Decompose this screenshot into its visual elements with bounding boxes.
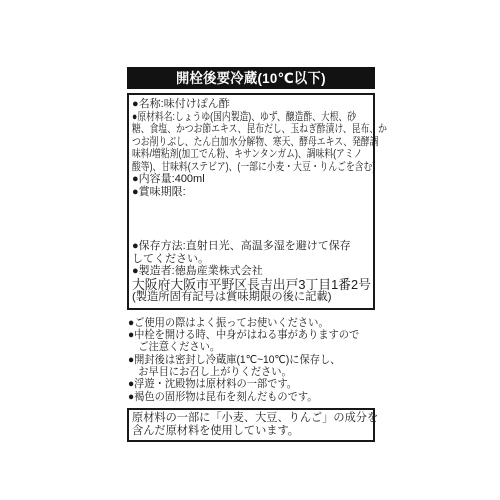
expiry-line: ●賞味期限:	[132, 186, 371, 199]
usage-note-line: ●開封後は密封し冷蔵庫(1℃~10℃)に保存し、	[128, 354, 358, 366]
usage-note-line: ご注意ください。	[128, 341, 358, 353]
product-name-line: ●名称:味付けぽん酢	[132, 98, 371, 111]
usage-notes: ●ご使用の際はよく振ってお使いください。●中栓を開ける時、中身がはねる事がありま…	[128, 317, 375, 404]
ingredients-line: つお削りぶし、たん白加水分解物、寒天、酵母エキス、発酵調	[132, 136, 323, 149]
allergen-line: 原材料の一部に「小麦、大豆、りんご」の成分を	[132, 412, 370, 425]
refrigeration-warning-banner: 開栓後要冷蔵(10℃以下)	[127, 67, 375, 89]
usage-note-line: お早目にお召し上がりください。	[128, 366, 358, 378]
storage-line: ●保存方法:直射日光、高温多湿を避けて保存	[132, 240, 371, 253]
ingredients-line: 味料/増粘剤(加工でん粉、キサンタンガム)、調味料(アミノ	[132, 148, 323, 161]
expiry-blank-space	[132, 198, 371, 240]
usage-note-line: ●褐色の固形物は昆布を刻んだものです。	[128, 391, 358, 403]
plant-code-note-line: (製造所固有記号は賞味期限の後に記載)	[132, 291, 371, 304]
storage-line: してください。	[132, 253, 371, 266]
usage-note-line: ●浮遊・沈殿物は原材料の一部です。	[128, 378, 358, 390]
storage-lines: ●保存方法:直射日光、高温多湿を避けて保存してください。	[132, 240, 371, 265]
usage-note-line: ●中栓を開ける時、中身がはねる事がありますので	[128, 329, 358, 341]
allergen-box: 原材料の一部に「小麦、大豆、りんご」の成分を含んだ原材料を使用しています。	[127, 408, 375, 442]
ingredients-line: 酸等)、甘味料(ステビア)、(一部に小麦・大豆・りんごを含む)	[132, 161, 323, 174]
ingredients-line: 糖、食塩、かつお節エキス、昆布だし、玉ねぎ酢漬け、昆布、か	[132, 123, 323, 136]
ingredients-lines: ●原材料名:しょうゆ(国内製造)、ゆず、醸造酢、大根、砂糖、食塩、かつお節エキス…	[132, 111, 371, 174]
usage-note-line: ●ご使用の際はよく振ってお使いください。	[128, 317, 358, 329]
maker-address-line: 大阪府大阪市平野区長吉出戸3丁目1番2号	[132, 278, 371, 292]
maker-line: ●製造者:徳島産業株式会社	[132, 265, 371, 278]
ingredients-line: ●原材料名:しょうゆ(国内製造)、ゆず、醸造酢、大根、砂	[132, 111, 323, 124]
product-info-box: ●名称:味付けぽん酢 ●原材料名:しょうゆ(国内製造)、ゆず、醸造酢、大根、砂糖…	[127, 93, 375, 310]
product-label: 開栓後要冷蔵(10℃以下) ●名称:味付けぽん酢 ●原材料名:しょうゆ(国内製造…	[127, 67, 375, 442]
refrigeration-warning-text: 開栓後要冷蔵(10℃以下)	[176, 68, 326, 88]
allergen-line: 含んだ原材料を使用しています。	[132, 425, 370, 438]
volume-line: ●内容量:400ml	[132, 173, 371, 186]
